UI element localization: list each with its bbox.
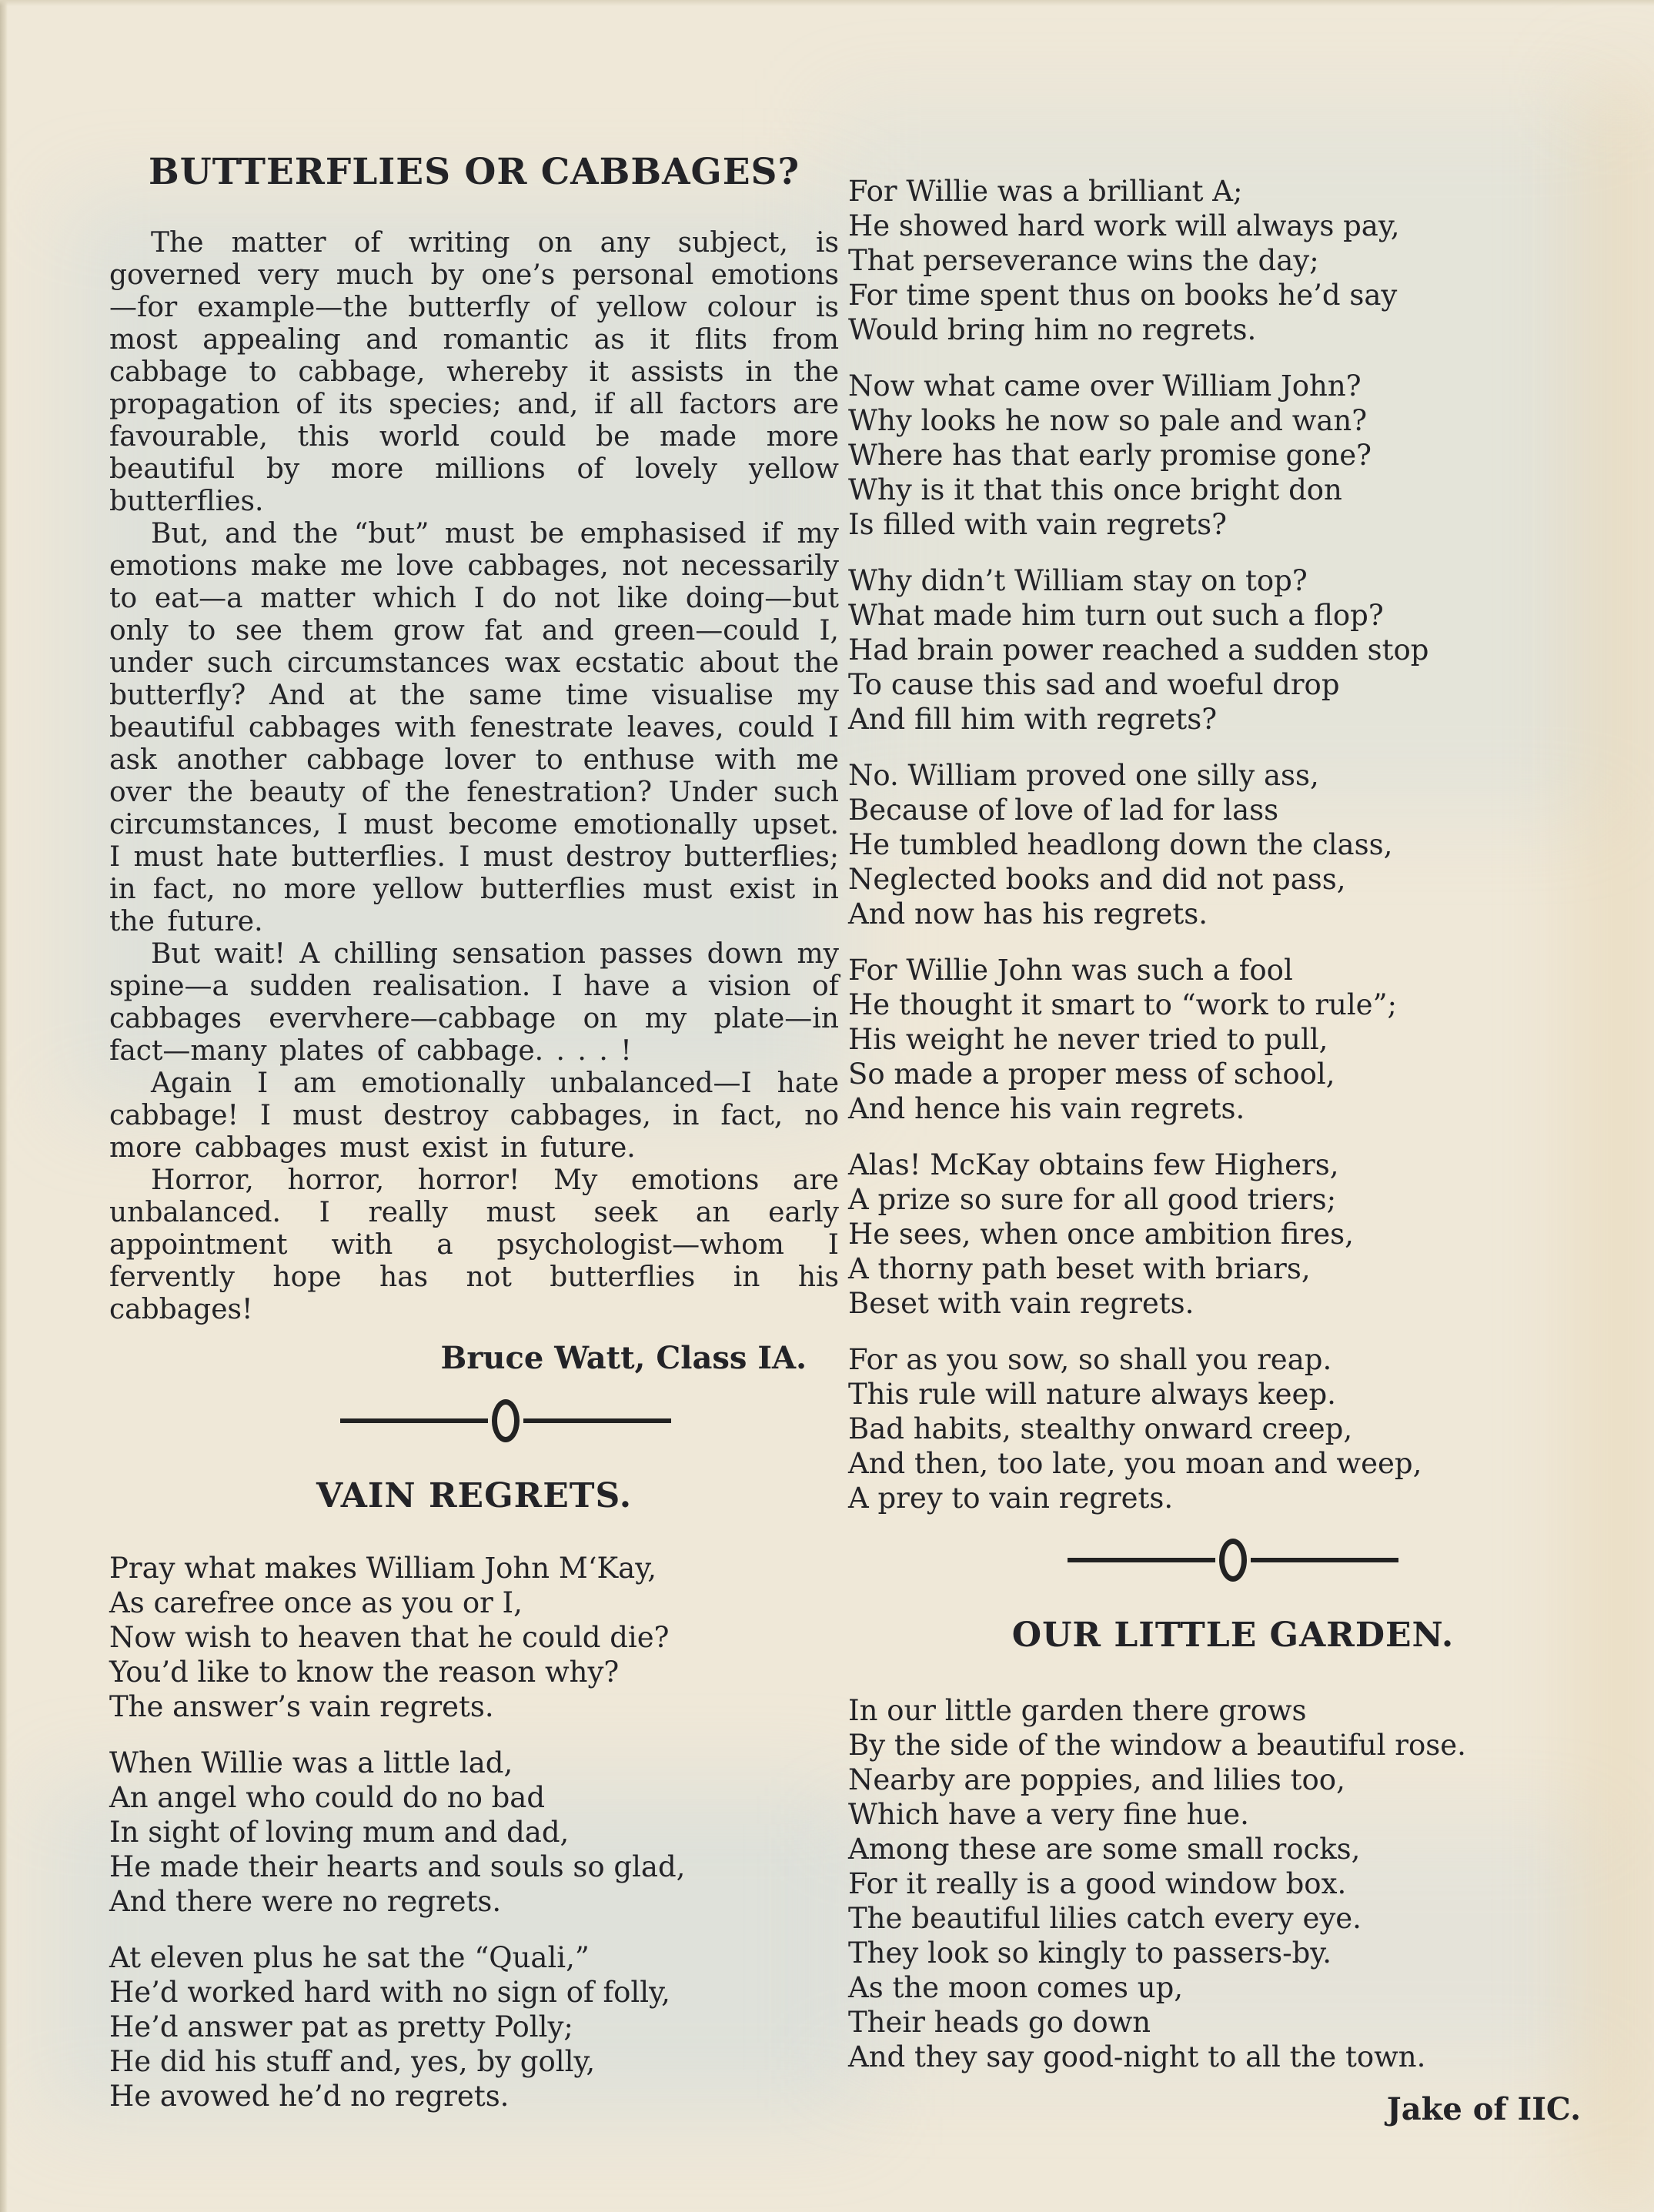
- poem-line: They look so kingly to passers-by.: [848, 1936, 1618, 1970]
- poem-line: The answer’s vain regrets.: [109, 1689, 839, 1724]
- article-paragraph: Again I am emotionally unbalanced—I hate…: [109, 1068, 839, 1164]
- poem-line: He showed hard work will always pay,: [848, 209, 1618, 243]
- poem-line: Pray what makes William John M‘Kay,: [109, 1551, 839, 1585]
- article-title: BUTTERFLIES OR CABBAGES?: [109, 151, 839, 193]
- poem-line: Why didn’t William stay on top?: [848, 563, 1618, 598]
- article-paragraph: The matter of writing on any subject, is…: [109, 227, 839, 518]
- poem-line: As the moon comes up,: [848, 1970, 1618, 2005]
- page-edge: [0, 0, 1654, 6]
- poem-stanza: No. William proved one silly ass,Because…: [848, 758, 1618, 931]
- poem-line: For as you sow, so shall you reap.: [848, 1342, 1618, 1377]
- divider-rule-left: [1068, 1558, 1215, 1562]
- poem-line: A prize so sure for all good triers;: [848, 1182, 1618, 1217]
- poem-line: Neglected books and did not pass,: [848, 862, 1618, 897]
- poem-line: And fill him with regrets?: [848, 702, 1618, 737]
- poem-line: Their heads go down: [848, 2005, 1618, 2040]
- poem-line: A thorny path beset with briars,: [848, 1251, 1618, 1286]
- poem-stanza: At eleven plus he sat the “Quali,”He’d w…: [109, 1940, 839, 2113]
- poem-line: Where has that early promise gone?: [848, 438, 1618, 473]
- poem-line: As carefree once as you or I,: [109, 1585, 839, 1620]
- poem-line: He’d worked hard with no sign of folly,: [109, 1975, 839, 2010]
- poem-line: Why is it that this once bright don: [848, 473, 1618, 507]
- poem-line: The beautiful lilies catch every eye.: [848, 1901, 1618, 1936]
- poem-line: He sees, when once ambition fires,: [848, 1217, 1618, 1251]
- poem-line: He did his stuff and, yes, by golly,: [109, 2044, 839, 2079]
- our-little-garden-body: In our little garden there growsBy the s…: [848, 1693, 1618, 2074]
- divider-rule-left: [340, 1418, 488, 1423]
- poem-line: Is filled with vain regrets?: [848, 507, 1618, 542]
- poem-line: And they say good-night to all the town.: [848, 2040, 1618, 2074]
- poem-title-vain-regrets: VAIN REGRETS.: [109, 1476, 839, 1515]
- poem-line: For time spent thus on books he’d say: [848, 278, 1618, 312]
- poem-line: Which have a very fine hue.: [848, 1797, 1618, 1832]
- poem-line: For it really is a good window box.: [848, 1866, 1618, 1901]
- poem-stanza: Why didn’t William stay on top?What made…: [848, 563, 1618, 737]
- poem-line: To cause this sad and woeful drop: [848, 667, 1618, 702]
- poem-line: Among these are some small rocks,: [848, 1832, 1618, 1866]
- divider-rule-right: [523, 1418, 671, 1423]
- poem-line: Alas! McKay obtains few Highers,: [848, 1148, 1618, 1182]
- poem-stanza: For Willie John was such a foolHe though…: [848, 953, 1618, 1126]
- poem-line: This rule will nature always keep.: [848, 1377, 1618, 1412]
- poem-stanza: Now what came over William John?Why look…: [848, 369, 1618, 542]
- poem-line: That perseverance wins the day;: [848, 243, 1618, 278]
- poem-line: Why looks he now so pale and wan?: [848, 403, 1618, 438]
- article-paragraph: But, and the “but” must be emphasised if…: [109, 518, 839, 938]
- vain-regrets-stanzas-left: Pray what makes William John M‘Kay,As ca…: [109, 1551, 839, 2113]
- poem-line: And there were no regrets.: [109, 1884, 839, 1919]
- divider-ornament-icon: [1219, 1539, 1247, 1582]
- poem-line: Would bring him no regrets.: [848, 312, 1618, 347]
- section-divider: [1068, 1539, 1398, 1582]
- poem-line: He made their hearts and souls so glad,: [109, 1849, 839, 1884]
- page-edge: [0, 0, 8, 2212]
- poem-line: No. William proved one silly ass,: [848, 758, 1618, 793]
- poem-line: In sight of loving mum and dad,: [109, 1815, 839, 1849]
- poem-stanza: For as you sow, so shall you reap.This r…: [848, 1342, 1618, 1515]
- article-paragraph: But wait! A chilling sensation passes do…: [109, 938, 839, 1068]
- magazine-page: BUTTERFLIES OR CABBAGES? The matter of w…: [0, 0, 1654, 2212]
- divider-ornament-icon: [492, 1399, 520, 1442]
- poem-line: In our little garden there grows: [848, 1693, 1618, 1728]
- poem-line: And hence his vain regrets.: [848, 1091, 1618, 1126]
- poem-line: At eleven plus he sat the “Quali,”: [109, 1940, 839, 1975]
- vain-regrets-stanzas-right: For Willie was a brilliant A;He showed h…: [848, 174, 1618, 1515]
- divider-rule-right: [1251, 1558, 1398, 1562]
- poem-line: So made a proper mess of school,: [848, 1057, 1618, 1091]
- poem-line: For Willie was a brilliant A;: [848, 174, 1618, 209]
- poem-line: You’d like to know the reason why?: [109, 1655, 839, 1689]
- article-body: The matter of writing on any subject, is…: [109, 227, 839, 1326]
- poem-line: For Willie John was such a fool: [848, 953, 1618, 987]
- poem-line: Now what came over William John?: [848, 369, 1618, 403]
- poem-stanza: Alas! McKay obtains few Highers,A prize …: [848, 1148, 1618, 1321]
- poem-line: He avowed he’d no regrets.: [109, 2079, 839, 2113]
- poem-line: A prey to vain regrets.: [848, 1481, 1618, 1515]
- poem-line: What made him turn out such a flop?: [848, 598, 1618, 633]
- poem-line: His weight he never tried to pull,: [848, 1022, 1618, 1057]
- poem-line: He thought it smart to “work to rule”;: [848, 987, 1618, 1022]
- poem-line: He’d answer pat as pretty Polly;: [109, 2010, 839, 2044]
- poem-line: Now wish to heaven that he could die?: [109, 1620, 839, 1655]
- poem-line: And now has his regrets.: [848, 897, 1618, 931]
- left-column: BUTTERFLIES OR CABBAGES? The matter of w…: [109, 151, 839, 2135]
- article-paragraph: Horror, horror, horror! My emotions are …: [109, 1164, 839, 1326]
- poem-stanza: Pray what makes William John M‘Kay,As ca…: [109, 1551, 839, 1724]
- poem-line: He tumbled headlong down the class,: [848, 827, 1618, 862]
- poem-line: Nearby are poppies, and lilies too,: [848, 1763, 1618, 1797]
- poem-line: Bad habits, stealthy onward creep,: [848, 1412, 1618, 1446]
- poem-line: Beset with vain regrets.: [848, 1286, 1618, 1321]
- poem-stanza: For Willie was a brilliant A;He showed h…: [848, 174, 1618, 347]
- poem-line: By the side of the window a beautiful ro…: [848, 1728, 1618, 1763]
- poem-byline: Jake of IIC.: [848, 2091, 1618, 2127]
- poem-line: And then, too late, you moan and weep,: [848, 1446, 1618, 1481]
- poem-line: When Willie was a little lad,: [109, 1746, 839, 1780]
- poem-title-our-little-garden: OUR LITTLE GARDEN.: [848, 1616, 1618, 1655]
- right-column: For Willie was a brilliant A;He showed h…: [848, 151, 1618, 2127]
- section-divider: [340, 1399, 671, 1442]
- poem-line: Had brain power reached a sudden stop: [848, 633, 1618, 667]
- article-byline: Bruce Watt, Class IA.: [109, 1340, 839, 1376]
- poem-line: An angel who could do no bad: [109, 1780, 839, 1815]
- poem-line: Because of love of lad for lass: [848, 793, 1618, 827]
- poem-stanza: When Willie was a little lad,An angel wh…: [109, 1746, 839, 1919]
